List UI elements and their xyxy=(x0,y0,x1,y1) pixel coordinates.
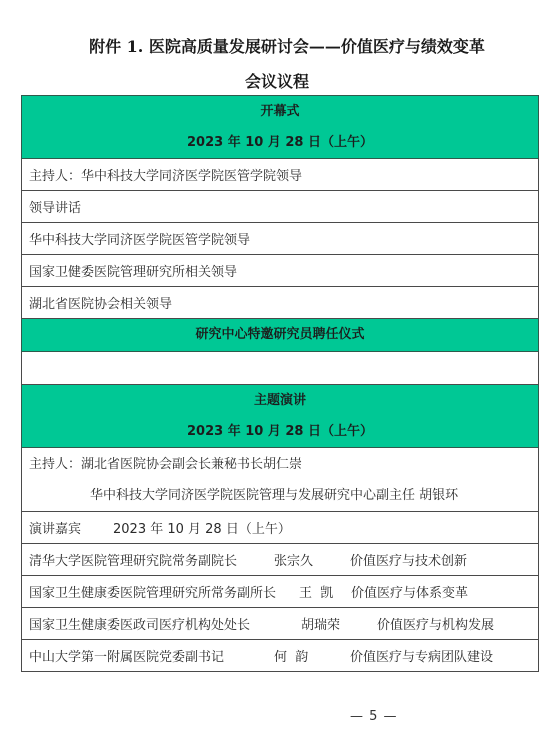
opening-item: 领导讲话 xyxy=(22,191,539,223)
speaker-title: 国家卫生健康委医院管理研究所常务副所长 xyxy=(29,582,299,601)
section-date: 2023 年 10 月 28 日（上午） xyxy=(22,416,538,447)
speaker-topic: 价值医疗与专病团队建设 xyxy=(350,646,493,665)
section-header-ceremony: 研究中心特邀研究员聘任仪式 xyxy=(22,319,539,352)
speaker-topic: 价值医疗与机构发展 xyxy=(377,614,494,633)
agenda-table: 开幕式 2023 年 10 月 28 日（上午） 主持人：华中科技大学同济医学院… xyxy=(21,95,539,672)
speakers-label: 演讲嘉宾 xyxy=(29,518,113,537)
keynote-host-line2: 华中科技大学同济医学院医院管理与发展研究中心副主任 胡银环 xyxy=(29,480,538,511)
speaker-title: 国家卫生健康委医政司医疗机构处处长 xyxy=(29,614,301,633)
table-row: 演讲嘉宾2023 年 10 月 28 日（上午） xyxy=(22,512,539,544)
keynote-host-cell: 主持人：湖北省医院协会副会长兼秘书长胡仁崇 华中科技大学同济医学院医院管理与发展… xyxy=(22,448,539,512)
speakers-header-cell: 演讲嘉宾2023 年 10 月 28 日（上午） xyxy=(22,512,539,544)
section-date: 2023 年 10 月 28 日（上午） xyxy=(22,127,538,158)
table-row: 湖北省医院协会相关领导 xyxy=(22,287,539,319)
speaker-row: 中山大学第一附属医院党委副书记何 韵价值医疗与专病团队建设 xyxy=(22,640,539,672)
opening-item: 湖北省医院协会相关领导 xyxy=(22,287,539,319)
speaker-row: 国家卫生健康委医政司医疗机构处处长胡瑞荣价值医疗与机构发展 xyxy=(22,608,539,640)
table-row: 主持人：湖北省医院协会副会长兼秘书长胡仁崇 华中科技大学同济医学院医院管理与发展… xyxy=(22,448,539,512)
section-title: 开幕式 xyxy=(22,96,538,127)
table-row: 主持人：华中科技大学同济医学院医管学院领导 xyxy=(22,159,539,191)
speakers-date: 2023 年 10 月 28 日（上午） xyxy=(113,522,291,537)
table-row: 国家卫生健康委医政司医疗机构处处长胡瑞荣价值医疗与机构发展 xyxy=(22,608,539,640)
speaker-title: 清华大学医院管理研究院常务副院长 xyxy=(29,550,274,569)
keynote-host-line1: 主持人：湖北省医院协会副会长兼秘书长胡仁崇 xyxy=(29,449,538,480)
speaker-title: 中山大学第一附属医院党委副书记 xyxy=(29,646,274,665)
section-header-keynote: 主题演讲 2023 年 10 月 28 日（上午） xyxy=(22,385,539,448)
table-row-empty xyxy=(22,352,539,385)
section-title: 主题演讲 xyxy=(22,385,538,416)
section-header-opening: 开幕式 2023 年 10 月 28 日（上午） xyxy=(22,96,539,159)
speaker-row: 国家卫生健康委医院管理研究所常务副所长王 凯价值医疗与体系变革 xyxy=(22,576,539,608)
section-title: 研究中心特邀研究员聘任仪式 xyxy=(22,319,538,351)
speaker-name: 王 凯 xyxy=(299,582,351,601)
speaker-topic: 价值医疗与技术创新 xyxy=(350,550,467,569)
speaker-name: 何 韵 xyxy=(274,646,350,665)
speaker-row: 清华大学医院管理研究院常务副院长张宗久价值医疗与技术创新 xyxy=(22,544,539,576)
opening-host: 主持人：华中科技大学同济医学院医管学院领导 xyxy=(22,159,539,191)
ceremony-item xyxy=(22,352,539,385)
table-row: 国家卫生健康委医院管理研究所常务副所长王 凯价值医疗与体系变革 xyxy=(22,576,539,608)
table-row: 华中科技大学同济医学院医管学院领导 xyxy=(22,223,539,255)
table-row: 中山大学第一附属医院党委副书记何 韵价值医疗与专病团队建设 xyxy=(22,640,539,672)
speaker-name: 张宗久 xyxy=(274,550,350,569)
table-row: 清华大学医院管理研究院常务副院长张宗久价值医疗与技术创新 xyxy=(22,544,539,576)
speaker-topic: 价值医疗与体系变革 xyxy=(351,582,468,601)
document-title: 附件 1. 医院高质量发展研讨会——价值医疗与绩效变革 xyxy=(0,34,554,57)
page-number: — 5 — xyxy=(0,709,554,724)
table-row: 领导讲话 xyxy=(22,191,539,223)
table-row: 国家卫健委医院管理研究所相关领导 xyxy=(22,255,539,287)
document-subtitle: 会议议程 xyxy=(0,69,554,92)
speaker-name: 胡瑞荣 xyxy=(301,614,377,633)
opening-item: 华中科技大学同济医学院医管学院领导 xyxy=(22,223,539,255)
opening-item: 国家卫健委医院管理研究所相关领导 xyxy=(22,255,539,287)
